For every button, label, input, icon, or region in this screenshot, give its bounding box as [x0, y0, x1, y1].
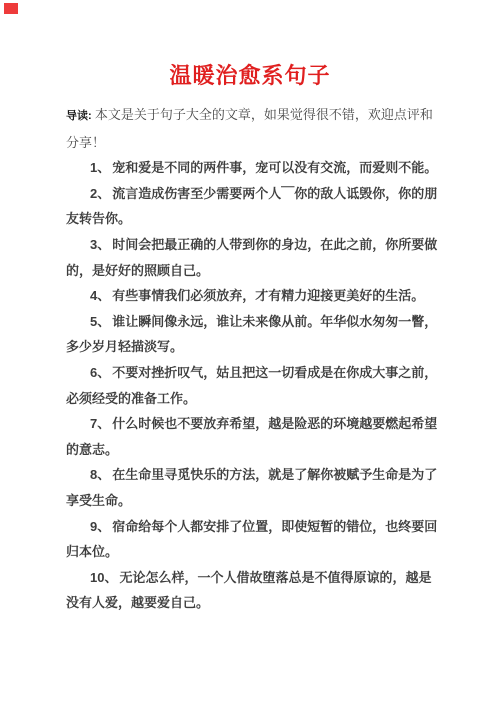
sentence-number: 10、	[90, 570, 119, 585]
sentence-text: 有些事情我们必须放弃，才有精力迎接更美好的生活。	[112, 288, 424, 303]
intro-paragraph: 导读: 本文是关于句子大全的文章，如果觉得很不错，欢迎点评和分享！	[66, 102, 444, 155]
document-page: 温暖治愈系句子 导读: 本文是关于句子大全的文章，如果觉得很不错，欢迎点评和分享…	[0, 0, 500, 708]
sentence-number: 6、	[90, 365, 112, 380]
sentence-item: 1、宠和爱是不同的两件事，宠可以没有交流，而爱则不能。	[66, 155, 444, 181]
sentence-number: 4、	[90, 288, 112, 303]
sentence-text: 什么时候也不要放弃希望，越是险恶的环境越要燃起希望的意志。	[66, 416, 437, 457]
sentence-number: 3、	[90, 237, 112, 252]
sentence-text: 无论怎么样，一个人借故堕落总是不值得原谅的，越是没有人爱，越要爱自己。	[66, 570, 432, 611]
sentence-item: 10、无论怎么样，一个人借故堕落总是不值得原谅的，越是没有人爱，越要爱自己。	[66, 565, 444, 616]
sentence-text: 流言造成伤害至少需要两个人￣你的敌人诋毁你，你的朋友转告你。	[66, 186, 437, 227]
intro-text: 本文是关于句子大全的文章，如果觉得很不错，欢迎点评和分享！	[66, 107, 433, 150]
sentence-text: 不要对挫折叹气，姑且把这一切看成是在你成大事之前，必须经受的准备工作。	[66, 365, 437, 406]
sentence-item: 5、谁让瞬间像永远，谁让未来像从前。年华似水匆匆一瞥，多少岁月轻描淡写。	[66, 309, 444, 360]
sentence-number: 9、	[90, 519, 112, 534]
sentence-item: 9、宿命给每个人都安排了位置，即使短暂的错位，也终要回归本位。	[66, 514, 444, 565]
sentence-text: 宿命给每个人都安排了位置，即使短暂的错位，也终要回归本位。	[66, 519, 437, 560]
sentence-text: 宠和爱是不同的两件事，宠可以没有交流，而爱则不能。	[112, 160, 437, 175]
sentence-item: 7、什么时候也不要放弃希望，越是险恶的环境越要燃起希望的意志。	[66, 411, 444, 462]
corner-mark	[4, 3, 18, 14]
sentence-item: 2、流言造成伤害至少需要两个人￣你的敌人诋毁你，你的朋友转告你。	[66, 181, 444, 232]
sentence-text: 谁让瞬间像永远，谁让未来像从前。年华似水匆匆一瞥，多少岁月轻描淡写。	[66, 314, 437, 355]
page-title: 温暖治愈系句子	[0, 0, 500, 89]
sentence-item: 3、时间会把最正确的人带到你的身边，在此之前，你所要做的，是好好的照顾自己。	[66, 232, 444, 283]
sentence-text: 在生命里寻觅快乐的方法，就是了解你被赋予生命是为了享受生命。	[66, 467, 437, 508]
sentence-item: 4、有些事情我们必须放弃，才有精力迎接更美好的生活。	[66, 283, 444, 309]
sentence-number: 2、	[90, 186, 112, 201]
sentence-number: 1、	[90, 160, 112, 175]
sentence-item: 6、不要对挫折叹气，姑且把这一切看成是在你成大事之前，必须经受的准备工作。	[66, 360, 444, 411]
article-content: 导读: 本文是关于句子大全的文章，如果觉得很不错，欢迎点评和分享！ 1、宠和爱是…	[66, 102, 444, 616]
sentence-number: 7、	[90, 416, 112, 431]
sentence-number: 5、	[90, 314, 112, 329]
sentence-number: 8、	[90, 467, 112, 482]
intro-label: 导读:	[66, 110, 92, 122]
sentence-text: 时间会把最正确的人带到你的身边，在此之前，你所要做的，是好好的照顾自己。	[66, 237, 437, 278]
sentence-item: 8、在生命里寻觅快乐的方法，就是了解你被赋予生命是为了享受生命。	[66, 462, 444, 513]
